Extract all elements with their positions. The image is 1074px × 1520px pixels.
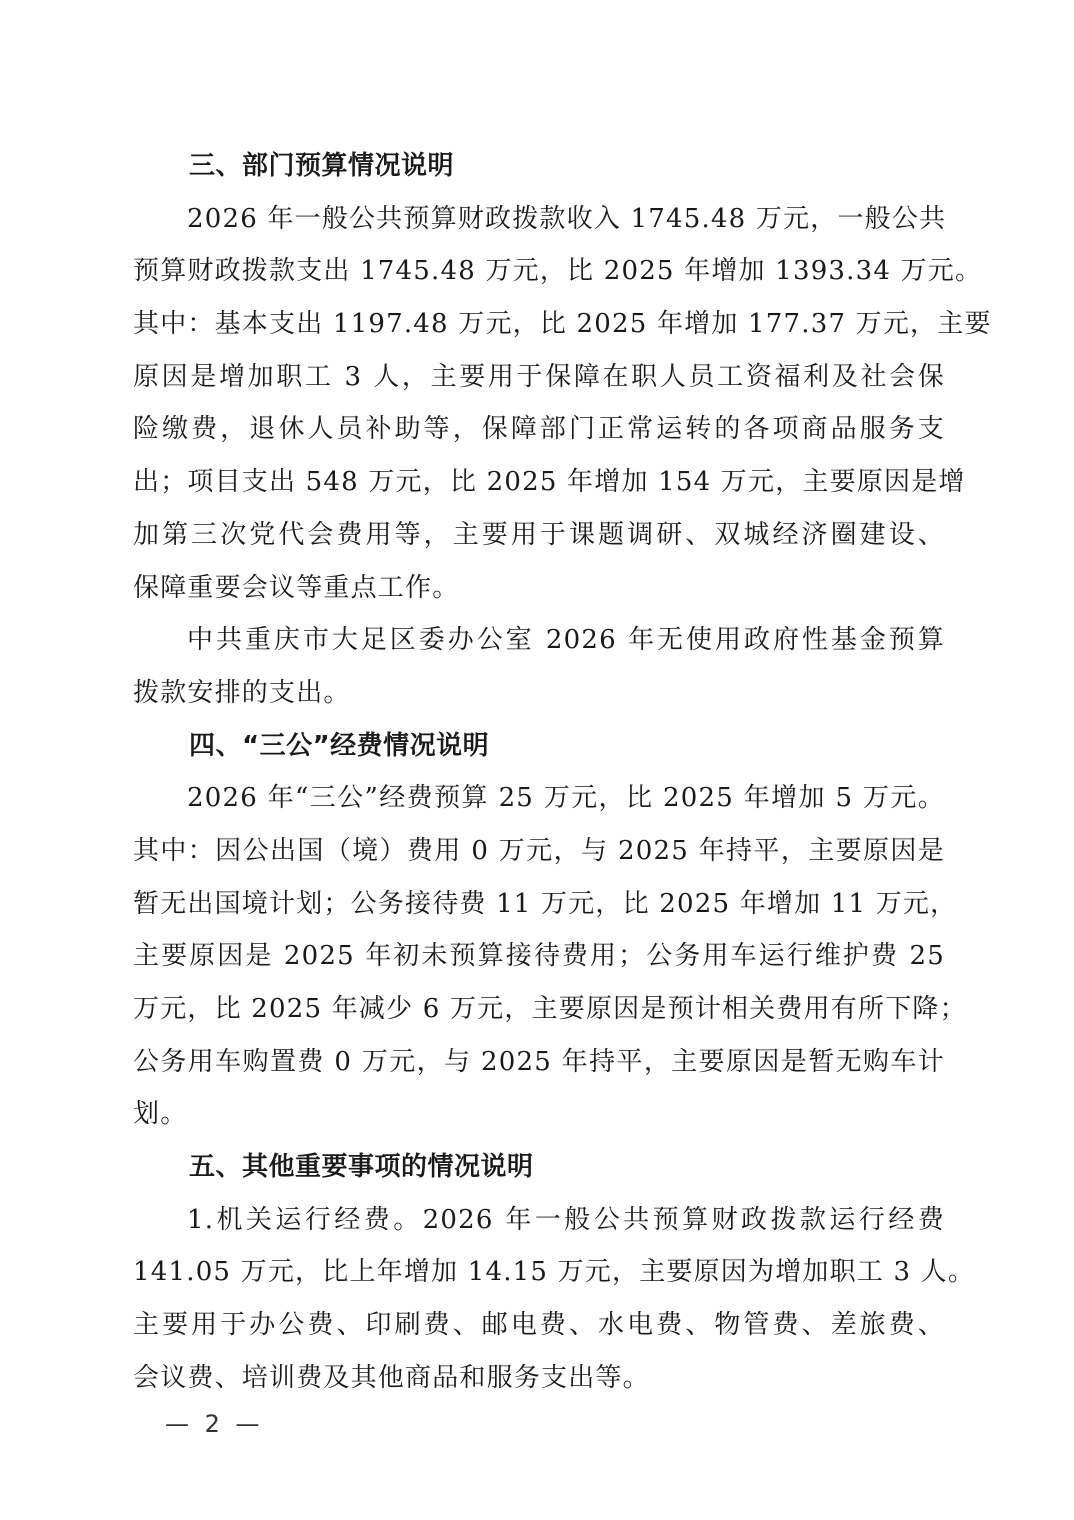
paragraph-operating-expenses: 1.机关运行经费。2026 年一般公共预算财政拨款运行经费 141.05 万元，… [133,1194,945,1405]
paragraph-government-fund: 中共重庆市大足区委办公室 2026 年无使用政府性基金预算 拨款安排的支出。 [133,614,945,719]
text-line: 险缴费，退休人员补助等，保障部门正常运转的各项商品服务支 [133,403,945,456]
document-page: 三、部门预算情况说明 2026 年一般公共预算财政拨款收入 1745.48 万元… [0,0,1074,1520]
text-line: 划。 [133,1088,945,1141]
text-line: 2026 年“三公”经费预算 25 万元，比 2025 年增加 5 万元。 [133,772,945,825]
text-line: 主要原因是 2025 年初未预算接待费用；公务用车运行维护费 25 [133,930,945,983]
paragraph-three-public-expenses: 2026 年“三公”经费预算 25 万元，比 2025 年增加 5 万元。 其中… [133,772,945,1141]
section-heading-other-matters: 五、其他重要事项的情况说明 [133,1141,945,1194]
text-line: 其中：基本支出 1197.48 万元，比 2025 年增加 177.37 万元，… [133,298,945,351]
text-line: 1.机关运行经费。2026 年一般公共预算财政拨款运行经费 [133,1194,945,1247]
section-heading-three-public: 四、“三公”经费情况说明 [133,720,945,773]
document-body: 三、部门预算情况说明 2026 年一般公共预算财政拨款收入 1745.48 万元… [133,140,945,1405]
text-line: 暂无出国境计划；公务接待费 11 万元，比 2025 年增加 11 万元， [133,878,945,931]
text-line: 公务用车购置费 0 万元，与 2025 年持平，主要原因是暂无购车计 [133,1036,945,1089]
text-line: 出；项目支出 548 万元，比 2025 年增加 154 万元，主要原因是增 [133,456,945,509]
section-heading-budget: 三、部门预算情况说明 [133,140,945,193]
text-line: 保障重要会议等重点工作。 [133,562,945,615]
text-line: 中共重庆市大足区委办公室 2026 年无使用政府性基金预算 [133,614,945,667]
text-line: 预算财政拨款支出 1745.48 万元，比 2025 年增加 1393.34 万… [133,245,945,298]
text-line: 会议费、培训费及其他商品和服务支出等。 [133,1352,945,1405]
page-number: — 2 — [165,1410,264,1438]
text-line: 拨款安排的支出。 [133,667,945,720]
text-line: 其中：因公出国（境）费用 0 万元，与 2025 年持平，主要原因是 [133,825,945,878]
paragraph-budget-overview: 2026 年一般公共预算财政拨款收入 1745.48 万元，一般公共 预算财政拨… [133,193,945,615]
text-line: 141.05 万元，比上年增加 14.15 万元，主要原因为增加职工 3 人。 [133,1246,945,1299]
text-line: 万元，比 2025 年减少 6 万元，主要原因是预计相关费用有所下降； [133,983,945,1036]
text-line: 原因是增加职工 3 人，主要用于保障在职人员工资福利及社会保 [133,351,945,404]
text-line: 2026 年一般公共预算财政拨款收入 1745.48 万元，一般公共 [133,193,945,246]
text-line: 加第三次党代会费用等，主要用于课题调研、双城经济圈建设、 [133,509,945,562]
text-line: 主要用于办公费、印刷费、邮电费、水电费、物管费、差旅费、 [133,1299,945,1352]
